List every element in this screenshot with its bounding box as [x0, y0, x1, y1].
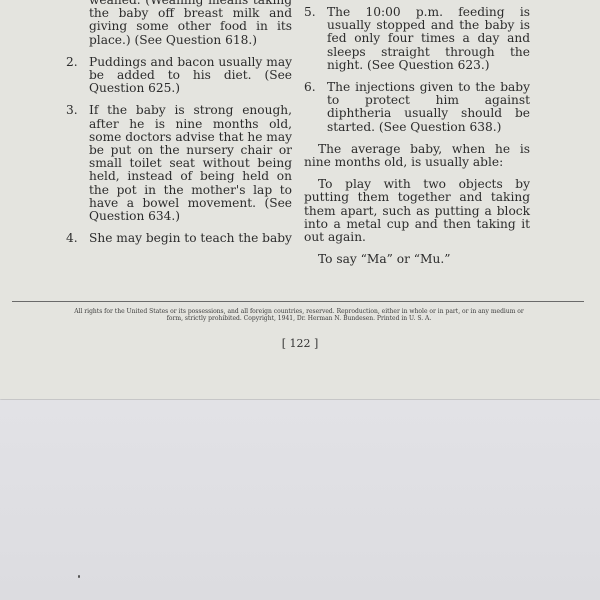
item-text: Puddings and bacon usually may be added … — [89, 56, 292, 96]
continuation-text: weaned. (Weaning means taking the baby o… — [89, 0, 292, 47]
list-item: 2. Puddings and bacon usually may be add… — [66, 56, 292, 96]
item-number: 4. — [66, 232, 89, 245]
copyright-notice: All rights for the United States or its … — [12, 308, 586, 323]
item-number: 3. — [66, 104, 89, 223]
right-column: 5. The 10:00 p.m. feeding is usually sto… — [304, 6, 530, 275]
paragraph: The average baby, when he is nine months… — [304, 143, 530, 169]
item-text: The injections given to the baby to prot… — [327, 81, 530, 134]
paragraph: To say “Ma” or “Mu.” — [304, 253, 530, 266]
item-text: The 10:00 p.m. feeding is usually stoppe… — [327, 6, 530, 72]
item-number: 2. — [66, 56, 89, 96]
footer-rule — [12, 301, 584, 302]
copyright-line-1: All rights for the United States or its … — [12, 308, 586, 315]
item-number: 6. — [304, 81, 327, 134]
left-column: weaned. (Weaning means taking the baby o… — [66, 0, 292, 254]
list-item: 6. The injections given to the baby to p… — [304, 81, 530, 134]
list-item: 5. The 10:00 p.m. feeding is usually sto… — [304, 6, 530, 72]
list-item: 4. She may begin to teach the baby — [66, 232, 292, 245]
copyright-line-2: form, strictly prohibited. Copyright, 19… — [12, 315, 586, 322]
page-number: [ 122 ] — [0, 337, 600, 350]
background-surface — [0, 400, 600, 600]
list-item: 3. If the baby is strong enough, after h… — [66, 104, 292, 223]
dust-speck — [78, 575, 80, 578]
item-number: 5. — [304, 6, 327, 72]
book-page: weaned. (Weaning means taking the baby o… — [0, 0, 600, 399]
paragraph: To play with two objects by putting them… — [304, 178, 530, 244]
item-text: She may begin to teach the baby — [89, 232, 292, 245]
list-item-continuation: weaned. (Weaning means taking the baby o… — [66, 0, 292, 47]
item-text: If the baby is strong enough, after he i… — [89, 104, 292, 223]
